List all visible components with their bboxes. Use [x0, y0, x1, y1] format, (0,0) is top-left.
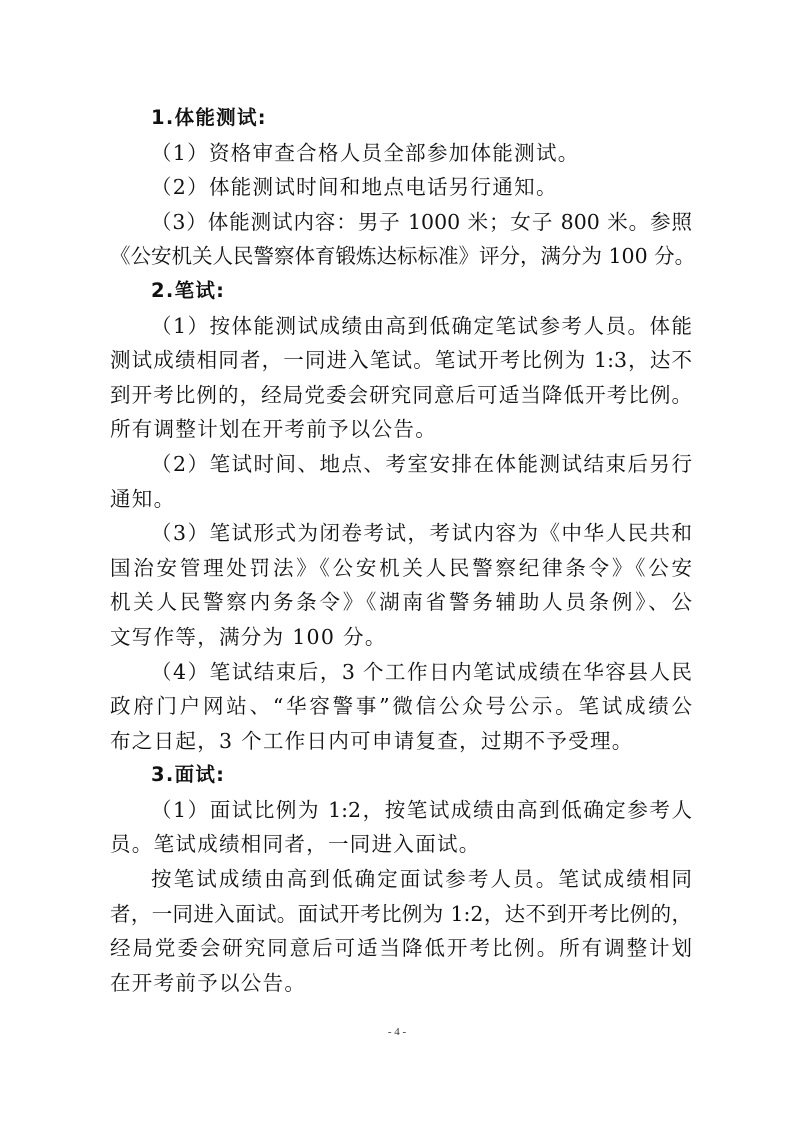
- paragraph-line: 通知。: [110, 482, 692, 517]
- paragraph-line: 文写作等，满分为 100 分。: [110, 620, 692, 655]
- paragraph-line: 所有调整计划在开考前予以公告。: [110, 412, 692, 447]
- paragraph-line: 测试成绩相同者，一同进入笔试。笔试开考比例为 1:3，达不: [110, 343, 692, 378]
- paragraph-line: 国治安管理处罚法》《公安机关人民警察纪律条令》《公安: [110, 551, 692, 586]
- paragraph-line: （3）体能测试内容：男子 1000 米；女子 800 米。参照: [110, 205, 692, 240]
- paragraph-line: 布之日起，3 个工作日内可申请复查，过期不予受理。: [110, 724, 692, 759]
- paragraph-line: （2）笔试时间、地点、考室安排在体能测试结束后另行: [110, 447, 692, 482]
- paragraph-line: 机关人民警察内务条令》《湖南省警务辅助人员条例》、公: [110, 585, 692, 620]
- document-body: 1.体能测试: （1）资格审查合格人员全部参加体能测试。 （2）体能测试时间和地…: [110, 101, 692, 1000]
- section-heading-physical-test: 1.体能测试:: [110, 101, 692, 136]
- paragraph-line: 《公安机关人民警察体育锻炼达标标准》评分，满分为 100 分。: [110, 239, 692, 274]
- paragraph-line: （1）资格审查合格人员全部参加体能测试。: [110, 136, 692, 171]
- paragraph-line: （4）笔试结束后，3 个工作日内笔试成绩在华容县人民: [110, 655, 692, 690]
- paragraph-line: 者，一同进入面试。面试开考比例为 1:2，达不到开考比例的，: [110, 897, 692, 932]
- paragraph-line: 在开考前予以公告。: [110, 966, 692, 1001]
- paragraph-line: （1）按体能测试成绩由高到低确定笔试参考人员。体能: [110, 309, 692, 344]
- paragraph-line: 政府门户网站、“华容警事”微信公众号公示。笔试成绩公: [110, 689, 692, 724]
- paragraph-line: 员。笔试成绩相同者，一同进入面试。: [110, 827, 692, 862]
- paragraph-line: （2）体能测试时间和地点电话另行通知。: [110, 170, 692, 205]
- page-number: - 4 -: [0, 1026, 794, 1038]
- paragraph-line: （1）面试比例为 1:2，按笔试成绩由高到低确定参考人: [110, 793, 692, 828]
- paragraph-line: 按笔试成绩由高到低确定面试参考人员。笔试成绩相同: [110, 862, 692, 897]
- paragraph-line: 到开考比例的，经局党委会研究同意后可适当降低开考比例。: [110, 378, 692, 413]
- section-heading-written-test: 2.笔试:: [110, 274, 692, 309]
- section-heading-interview: 3.面试:: [110, 758, 692, 793]
- paragraph-line: （3）笔试形式为闭卷考试，考试内容为《中华人民共和: [110, 516, 692, 551]
- document-page: 1.体能测试: （1）资格审查合格人员全部参加体能测试。 （2）体能测试时间和地…: [0, 0, 794, 1122]
- paragraph-line: 经局党委会研究同意后可适当降低开考比例。所有调整计划: [110, 931, 692, 966]
